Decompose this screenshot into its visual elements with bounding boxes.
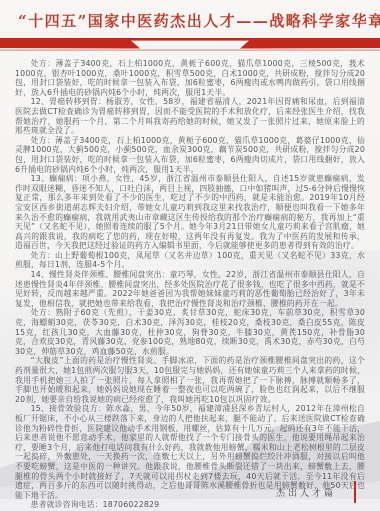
- paragraph: 处方：山上野葡萄根100克，凤尾草（又名井边草）100克，重天见（又名蛇不见）3…: [15, 251, 365, 270]
- article-body: 处方：薄盖子3400克，石上柏1000克，黄栀子600克，猫爪草1000克，三棱…: [15, 59, 365, 510]
- paragraph: 12、胃癌转移到胃：杨淑芳，女性，58岁，福建省福清人，2021年因胃痛和尿血，…: [15, 97, 365, 135]
- footer-section-label: 杰出人才篇: [276, 486, 336, 499]
- paragraph: 处方：薄盖子3400克，石上柏1000克，黄栀子600克，猫爪草1000克，葛婆…: [15, 136, 365, 174]
- paragraph: 处方：熟附子60克（先煎），干姜30克，炙甘草30克，蛇床30克，车前草30克，…: [15, 308, 365, 356]
- page-title: “十四五”国家中医药杰出人才——战略科学家华章: [18, 10, 362, 31]
- document-page: “十四五”国家中医药杰出人才——战略科学家华章 处方：薄盖子3400克，石上柏1…: [0, 0, 380, 511]
- ribbon-banner: [0, 35, 380, 53]
- paragraph: 13、癫痫病：项小燕，女性，45岁，浙江省温州市泰顺县仕阳人，自述15岁就患癫痫…: [15, 174, 365, 251]
- footer-red-bar: [354, 481, 356, 503]
- footer: 杰出人才篇: [276, 481, 356, 503]
- paragraph: 处方：薄盖子3400克，石上柏1000克，黄栀子600克，猫爪草1000克，三棱…: [15, 59, 365, 97]
- paragraph: “大腹皮”上面的药是治疗慢性肾炎、手脚冰凉，下面的药是治疗颈椎腰椎间盘突出的药，…: [15, 356, 365, 404]
- paragraph: 14、慢性肾炎伴颈椎、腰椎间盘突出：童巧琴，女性，22岁，浙江省温州市泰顺县仕阳…: [15, 270, 365, 308]
